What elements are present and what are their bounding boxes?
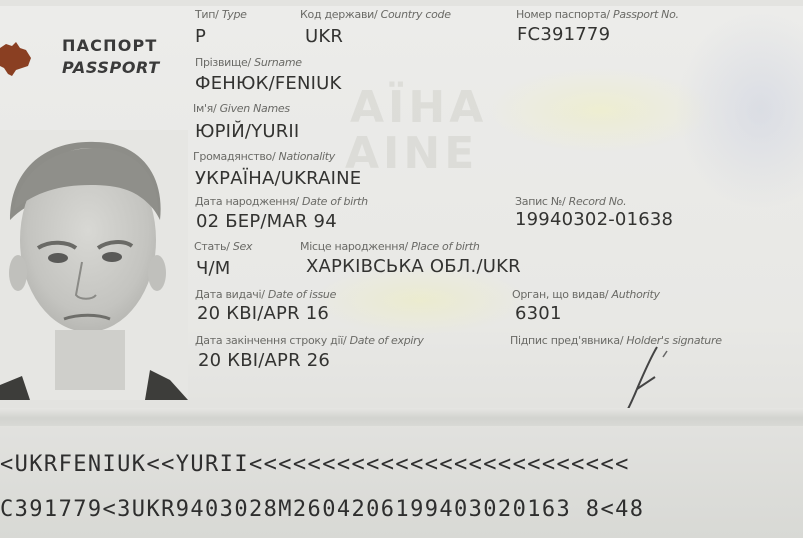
date-of-issue-value: 20 КВІ/APR 16 [197,303,329,324]
holder-signature-mark [615,345,685,415]
authority-label: Орган, що видав/ Authority [512,288,660,301]
document-title-en: PASSPORT [62,58,160,77]
watermark-text: АЇНА [350,82,487,133]
passport-no-value: FC391779 [517,24,610,45]
sex-value: Ч/M [196,258,231,279]
type-value: P [195,26,206,47]
date-of-expiry-value: 20 КВІ/APR 26 [198,350,330,371]
record-no-value: 19940302-01638 [515,209,673,230]
date-of-birth-value: 02 БЕР/MAR 94 [196,211,337,232]
mrz-line-1: <UKRFENIUK<<YURII<<<<<<<<<<<<<<<<<<<<<<<… [0,452,630,477]
country-code-value: UKR [305,26,343,47]
date-of-birth-label: Дата народження/ Date of birth [195,195,368,208]
document-title-ua: ПАСПОРТ [62,36,158,55]
given-names-value: ЮРІЙ/YURII [195,121,299,142]
mrz-line-2: C391779<3UKR9403028M2604206199403020163 … [0,497,644,522]
date-of-expiry-label: Дата закінчення строку дії/ Date of expi… [195,334,424,347]
authority-value: 6301 [515,303,562,324]
passport-page: АЇНА AINE ПАСПОРТ PASSPORT Тип/ Type P К… [0,0,803,538]
sex-label: Стать/ Sex [194,240,252,253]
place-of-birth-label: Місце народження/ Place of birth [300,240,480,253]
surname-value: ФЕНЮК/FENIUK [195,73,342,94]
watermark-text: AINE [345,128,478,179]
page-top-edge [0,0,803,6]
place-of-birth-value: ХАРКІВСЬКА ОБЛ./UKR [306,256,521,277]
nationality-value: УКРАЇНА/UKRAINE [195,168,361,189]
country-code-label: Код держави/ Country code [300,8,451,21]
holder-photo [0,130,188,400]
surname-label: Прізвище/ Surname [195,56,302,69]
nationality-label: Громадянство/ Nationality [193,150,335,163]
ukraine-map-emblem-icon [0,38,32,82]
date-of-issue-label: Дата видачі/ Date of issue [195,288,336,301]
passport-no-label: Номер паспорта/ Passport No. [516,8,679,21]
given-names-label: Ім'я/ Given Names [193,102,290,115]
type-label: Тип/ Type [195,8,247,21]
record-no-label: Запис №/ Record No. [515,195,626,208]
page-fold-shadow [0,408,803,426]
